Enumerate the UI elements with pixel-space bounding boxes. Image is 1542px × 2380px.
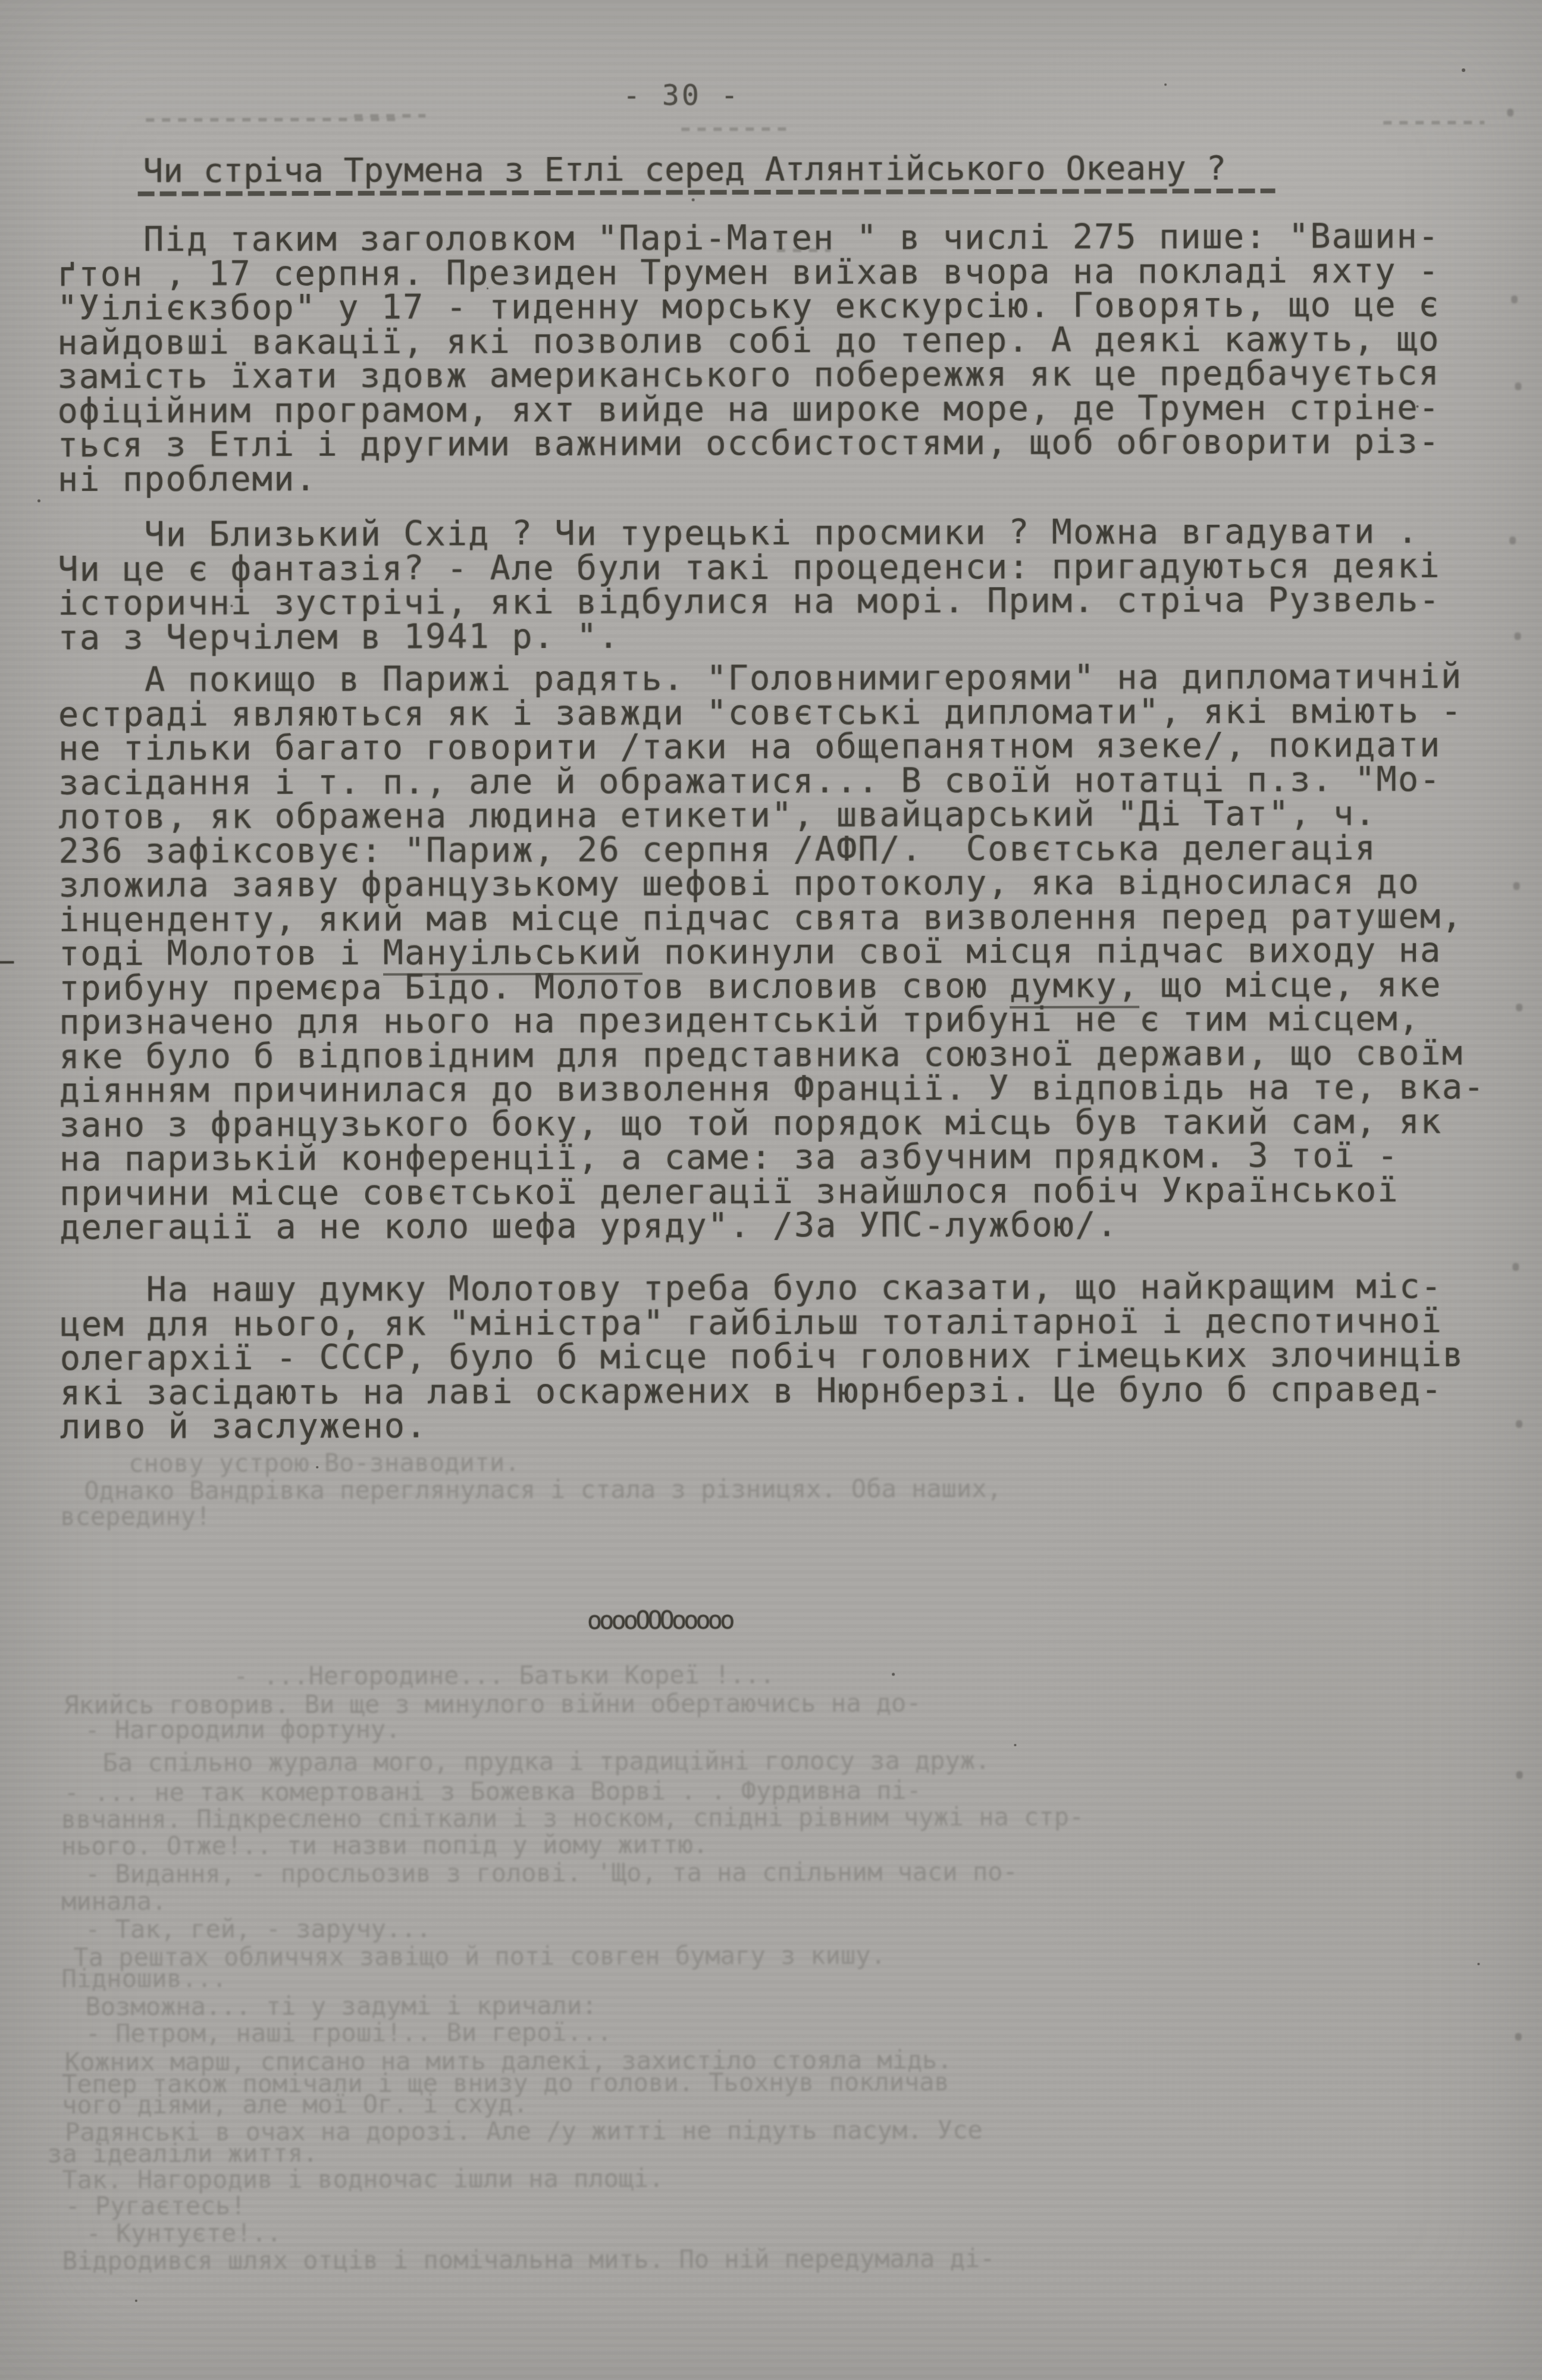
dust-speck xyxy=(1416,405,1419,408)
page-edge-mark xyxy=(1509,537,1516,544)
page-edge-mark xyxy=(1513,882,1520,890)
paragraph-4: На нашу думку Молотову треба було сказат… xyxy=(59,1270,1464,1445)
text-line: та з Черчілем в 1941 р. ". xyxy=(58,618,1440,656)
dust-speck xyxy=(230,605,233,607)
paragraph-1: Під таким заголовком "Парі-Матен " в чис… xyxy=(57,220,1440,497)
text-line: ться з Етлі і другими важними оссбистост… xyxy=(58,425,1440,463)
dust-speck xyxy=(487,287,488,289)
text-segment: ливо й заслужено. xyxy=(60,1407,428,1447)
dust-speck xyxy=(316,1466,318,1468)
text-segment: історичні зустрічі, які відбулися на мор… xyxy=(58,580,1440,623)
page-content: - 30 - Чи стріча Трумена з Етлі серед Ат… xyxy=(0,0,1542,2380)
page-edge-mark xyxy=(1511,296,1518,303)
ink-smudge-row xyxy=(777,249,830,252)
article-body: Під таким заголовком "Парі-Матен " в чис… xyxy=(0,0,1542,2380)
dust-speck xyxy=(1164,83,1167,86)
text-line: які засідають на лаві оскаржених в Нюрнб… xyxy=(60,1372,1465,1410)
page-edge-mark xyxy=(1515,383,1521,390)
section-separator: ооооОООооооо xyxy=(587,1605,732,1635)
text-line: делегації а не коло шефа уряду". /За УПС… xyxy=(59,1207,1485,1245)
text-line: ні проблеми. xyxy=(58,459,1440,497)
text-line: історичні зустрічі, які відбулися на мор… xyxy=(58,583,1440,621)
dust-speck xyxy=(37,499,40,502)
margin-dash-mark: — xyxy=(0,941,14,980)
paragraph-3: А покищо в Парижі радять. "Головнимигеро… xyxy=(58,660,1485,1245)
text-segment: та з Черчілем в 1941 р. ". xyxy=(58,616,619,657)
ink-smudge-row xyxy=(681,127,788,131)
dust-speck xyxy=(135,2300,137,2302)
dust-speck xyxy=(1462,68,1465,72)
page-edge-mark xyxy=(1516,1004,1522,1011)
page-edge-mark xyxy=(1507,109,1513,117)
text-line: ливо й заслужено. xyxy=(60,1407,1465,1445)
dust-speck xyxy=(590,916,592,918)
page-edge-mark xyxy=(1512,1263,1519,1271)
dust-speck xyxy=(1477,1963,1480,1965)
scanned-document-page: { "page": { "number_label": "- 30 -", "t… xyxy=(0,0,1542,2380)
dust-speck xyxy=(892,1673,895,1676)
page-edge-mark xyxy=(1516,1771,1523,1779)
paragraph-2: Чи Близький Схід ? Чи турецькі просмики … xyxy=(58,515,1441,655)
page-edge-mark xyxy=(1515,2033,1522,2041)
text-segment: ні проблеми. xyxy=(58,459,317,499)
dust-speck xyxy=(692,198,695,201)
dust-speck xyxy=(1230,701,1232,703)
ink-smudge-row xyxy=(354,114,425,118)
page-edge-mark xyxy=(1515,632,1521,640)
text-segment: ться з Етлі і другими важними оссбистост… xyxy=(58,422,1440,465)
ink-smudge-row xyxy=(146,118,402,122)
text-line: причини місце совєтської делегації знайш… xyxy=(59,1173,1485,1211)
dust-speck xyxy=(1014,1744,1016,1746)
text-segment: делегації а не коло шефа уряду". /За УПС… xyxy=(59,1205,1118,1247)
ink-smudge-row xyxy=(1383,121,1484,124)
page-edge-mark xyxy=(1516,1420,1522,1428)
text-segment: які засідають на лаві оскаржених в Нюрнб… xyxy=(60,1370,1443,1413)
